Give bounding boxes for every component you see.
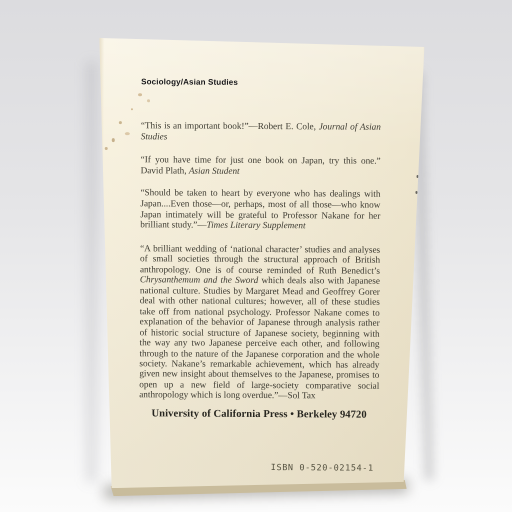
stain-mark	[119, 121, 122, 124]
stain-mark	[105, 147, 108, 150]
stain-mark	[147, 99, 150, 102]
edge-speck	[417, 175, 419, 178]
review-quote-times-literary-supplement: “Should be taken to heart by everyone wh…	[140, 187, 380, 232]
stain-mark	[138, 93, 142, 96]
paperback-book: Sociology/Asian Studies “This is an impo…	[95, 35, 430, 503]
edge-speck	[415, 191, 417, 194]
stain-mark	[125, 132, 130, 135]
isbn-number: ISBN 0-520-02154-1	[271, 463, 374, 474]
publisher-line: University of California Press • Berkele…	[139, 408, 379, 420]
blurb-paragraph-sol-tax: “A brilliant wedding of ‘national charac…	[139, 243, 380, 401]
stain-mark	[131, 108, 133, 110]
review-quote-plath: “If you have time for just one book on J…	[141, 154, 381, 177]
photo-background: { "colors": { "background_top": "#dcdcdf…	[0, 0, 512, 512]
review-quote-cole: “This is an important book!”—Robert E. C…	[141, 120, 381, 143]
category-label: Sociology/Asian Studies	[141, 77, 238, 87]
stain-mark	[112, 138, 115, 142]
book-back-cover: Sociology/Asian Studies “This is an impo…	[95, 35, 430, 503]
